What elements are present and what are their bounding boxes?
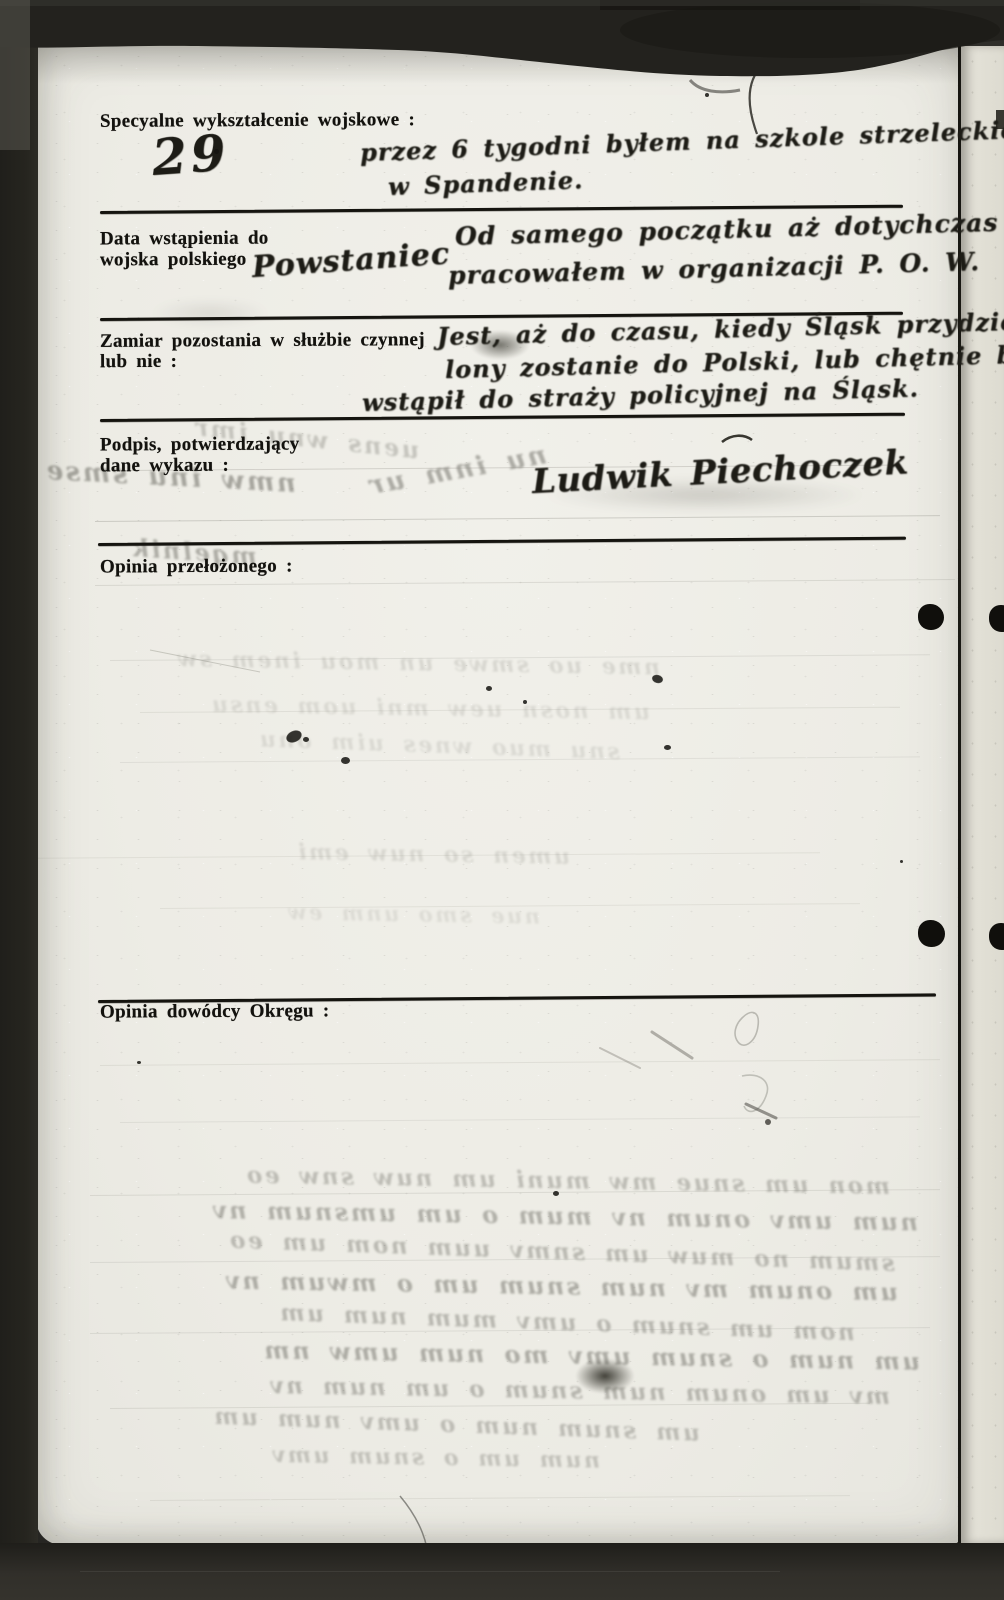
field-label-signature-2: dane wykazu : xyxy=(100,455,229,478)
ink-speck xyxy=(486,686,492,691)
field-label-enlistment-1: Data wstąpienia do xyxy=(100,228,269,251)
ink-speck xyxy=(523,700,527,704)
ink-speck xyxy=(900,860,903,863)
ink-speck xyxy=(303,737,309,742)
scan-scratch xyxy=(80,1571,780,1572)
field-label-signature-1: Podpis, potwierdzający xyxy=(100,433,300,456)
ink-speck xyxy=(137,1061,141,1064)
page-top-shadow xyxy=(36,42,962,84)
field-label-intention-2: lub nie : xyxy=(100,351,177,373)
field-label-intention-1: Zamiar pozostania w służbie czynnej xyxy=(100,329,425,353)
ink-speck xyxy=(664,745,671,750)
field-label-enlistment-2: wojska polskiego : xyxy=(100,249,262,272)
hole-punch xyxy=(918,920,945,947)
field-label-superior-opinion: Opinia przełożonego : xyxy=(100,555,293,578)
ink-bleed-line: nue smo unm ew xyxy=(240,898,540,928)
ink-blob xyxy=(575,1358,635,1394)
hole-punch xyxy=(918,604,944,630)
scanned-document: nmw inu smsenu inm urmqelnikuens wnu imr… xyxy=(0,0,1004,1600)
field-label-special-education: Specyalne wykształcenie wojskowe : xyxy=(100,109,415,133)
scan-background-bottom xyxy=(0,1543,1004,1600)
scan-background-left xyxy=(0,0,38,1600)
ink-speck xyxy=(214,149,219,154)
ink-speck xyxy=(553,1191,559,1196)
handwritten-page-number: 29 xyxy=(150,123,232,187)
ink-speck xyxy=(705,93,709,97)
scan-edge-highlight xyxy=(0,0,30,150)
ink-speck xyxy=(341,757,350,764)
field-label-district-opinion: Opinia dowódcy Okręgu : xyxy=(100,1000,330,1023)
ink-smudge xyxy=(150,300,270,326)
